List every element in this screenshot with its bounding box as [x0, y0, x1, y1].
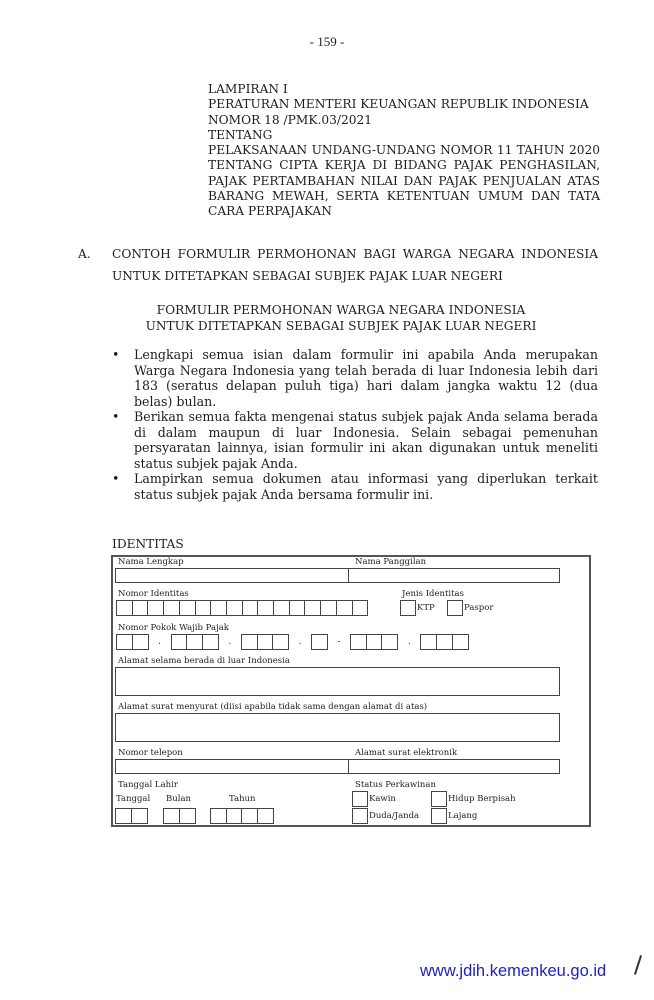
digit-box[interactable]: [210, 600, 227, 616]
page-number: - 159 -: [0, 34, 654, 50]
tanggal-label: Tanggal: [116, 794, 150, 804]
digit-box[interactable]: [210, 808, 227, 824]
regulation-header: LAMPIRAN I PERATURAN MENTERI KEUANGAN RE…: [208, 82, 600, 220]
instructions-list: •Lengkapi semua isian dalam formulir ini…: [112, 347, 598, 502]
header-line: PERATURAN MENTERI KEUANGAN REPUBLIK INDO…: [208, 97, 600, 112]
digit-box[interactable]: [226, 600, 243, 616]
digit-box[interactable]: [273, 600, 290, 616]
kawin-option[interactable]: Kawin: [352, 791, 396, 807]
section-title-line1: CONTOH FORMULIR PERMOHONAN BAGI WARGA NE…: [112, 243, 598, 265]
header-line: LAMPIRAN I: [208, 82, 600, 97]
alamat-luar-negeri-label: Alamat selama berada di luar Indonesia: [118, 656, 290, 666]
npwp-separator: .: [398, 634, 420, 650]
email-field[interactable]: [348, 759, 560, 774]
hidup-berpisah-checkbox[interactable]: [431, 791, 447, 807]
header-line: TENTANG CIPTA KERJA DI BIDANG PAJAK PENG…: [208, 158, 600, 173]
digit-box[interactable]: [241, 808, 258, 824]
digit-box[interactable]: [452, 634, 469, 650]
npwp-group[interactable]: [116, 634, 149, 650]
header-line: CARA PERPAJAKAN: [208, 204, 600, 219]
digit-box[interactable]: [336, 600, 353, 616]
digit-box[interactable]: [202, 634, 219, 650]
npwp-group[interactable]: [241, 634, 289, 650]
digit-box[interactable]: [241, 634, 258, 650]
digit-box[interactable]: [132, 600, 149, 616]
ktp-label: KTP: [417, 603, 435, 613]
npwp-separator: .: [289, 634, 311, 650]
digit-box[interactable]: [436, 634, 453, 650]
paspor-option[interactable]: Paspor: [447, 600, 493, 616]
digit-box[interactable]: [171, 634, 188, 650]
digit-box[interactable]: [242, 600, 259, 616]
digit-box[interactable]: [116, 634, 133, 650]
digit-box[interactable]: [179, 600, 196, 616]
tahun-label: Tahun: [229, 794, 256, 804]
digit-box[interactable]: [131, 808, 148, 824]
pen-mark: [634, 955, 642, 975]
hidup-berpisah-label: Hidup Berpisah: [448, 794, 516, 804]
ktp-option[interactable]: KTP: [400, 600, 435, 616]
digit-box[interactable]: [179, 808, 196, 824]
bulan-field[interactable]: [163, 808, 196, 824]
header-line: TENTANG: [208, 128, 600, 143]
paspor-checkbox[interactable]: [447, 600, 463, 616]
duda-janda-label: Duda/Janda: [369, 811, 419, 821]
instruction-item: •Lengkapi semua isian dalam formulir ini…: [112, 347, 598, 409]
digit-box[interactable]: [257, 600, 274, 616]
header-line: PELAKSANAAN UNDANG-UNDANG NOMOR 11 TAHUN…: [208, 143, 600, 158]
nama-lengkap-field[interactable]: [115, 568, 349, 583]
kawin-label: Kawin: [369, 794, 396, 804]
email-label: Alamat surat elektronik: [355, 748, 457, 758]
nama-lengkap-label: Nama Lengkap: [118, 557, 184, 567]
section-letter: A.: [78, 243, 91, 265]
npwp-label: Nomor Pokok Wajib Pajak: [118, 623, 229, 633]
instruction-text: Lengkapi semua isian dalam formulir ini …: [134, 347, 598, 409]
digit-box[interactable]: [320, 600, 337, 616]
header-line: NOMOR 18 /PMK.03/2021: [208, 113, 600, 128]
bullet-icon: •: [112, 409, 119, 425]
nama-panggilan-label: Nama Panggilan: [355, 557, 426, 567]
nomor-telepon-field[interactable]: [115, 759, 349, 774]
kawin-checkbox[interactable]: [352, 791, 368, 807]
header-line: PAJAK PERTAMBAHAN NILAI DAN PAJAK PENJUA…: [208, 174, 600, 189]
status-perkawinan-label: Status Perkawinan: [355, 780, 436, 790]
digit-box[interactable]: [195, 600, 212, 616]
alamat-surat-field[interactable]: [115, 713, 560, 742]
digit-box[interactable]: [350, 634, 367, 650]
jdih-website-link[interactable]: www.jdih.kemenkeu.go.id: [420, 962, 606, 981]
identitas-label: IDENTITAS: [112, 537, 184, 551]
lajang-option[interactable]: Lajang: [431, 808, 477, 824]
digit-box[interactable]: [132, 634, 149, 650]
nomor-identitas-label: Nomor Identitas: [118, 589, 189, 599]
bulan-label: Bulan: [166, 794, 191, 804]
digit-box[interactable]: [304, 600, 321, 616]
digit-box[interactable]: [366, 634, 383, 650]
npwp-separator: .: [219, 634, 241, 650]
duda-janda-option[interactable]: Duda/Janda: [352, 808, 419, 824]
lajang-label: Lajang: [448, 811, 477, 821]
digit-box[interactable]: [163, 808, 180, 824]
digit-box[interactable]: [163, 600, 180, 616]
digit-box[interactable]: [272, 634, 289, 650]
digit-box[interactable]: [147, 600, 164, 616]
npwp-group[interactable]: [350, 634, 398, 650]
duda-janda-checkbox[interactable]: [352, 808, 368, 824]
digit-box[interactable]: [311, 634, 328, 650]
npwp-separator: -: [328, 634, 350, 650]
instruction-text: Lampirkan semua dokumen atau informasi y…: [134, 471, 598, 502]
digit-box[interactable]: [115, 808, 132, 824]
lajang-checkbox[interactable]: [431, 808, 447, 824]
nomor-identitas-field[interactable]: [116, 600, 368, 616]
tahun-field[interactable]: [210, 808, 274, 824]
npwp-group[interactable]: [311, 634, 328, 650]
form-title: FORMULIR PERMOHONAN WARGA NEGARA INDONES…: [0, 303, 654, 334]
bullet-icon: •: [112, 471, 119, 487]
instruction-item: •Lampirkan semua dokumen atau informasi …: [112, 471, 598, 502]
bullet-icon: •: [112, 347, 119, 363]
digit-box[interactable]: [420, 634, 437, 650]
ktp-checkbox[interactable]: [400, 600, 416, 616]
hidup-berpisah-option[interactable]: Hidup Berpisah: [431, 791, 516, 807]
digit-box[interactable]: [257, 808, 274, 824]
digit-box[interactable]: [352, 600, 369, 616]
npwp-group[interactable]: [420, 634, 468, 650]
digit-box[interactable]: [381, 634, 398, 650]
section-title-line2: UNTUK DITETAPKAN SEBAGAI SUBJEK PAJAK LU…: [112, 265, 598, 287]
form-title-line1: FORMULIR PERMOHONAN WARGA NEGARA INDONES…: [28, 303, 654, 319]
jenis-identitas-label: Jenis Identitas: [402, 589, 464, 599]
npwp-field[interactable]: ...-.: [116, 634, 469, 650]
tanggal-lahir-label: Tanggal Lahir: [118, 780, 178, 790]
form-title-line2: UNTUK DITETAPKAN SEBAGAI SUBJEK PAJAK LU…: [28, 319, 654, 335]
digit-box[interactable]: [289, 600, 306, 616]
paspor-label: Paspor: [464, 603, 493, 613]
nama-panggilan-field[interactable]: [348, 568, 560, 583]
alamat-luar-negeri-field[interactable]: [115, 667, 560, 696]
tanggal-field[interactable]: [115, 808, 148, 824]
digit-box[interactable]: [257, 634, 274, 650]
digit-box[interactable]: [116, 600, 133, 616]
npwp-separator: .: [149, 634, 171, 650]
digit-box[interactable]: [226, 808, 243, 824]
header-line: BARANG MEWAH, SERTA KETENTUAN UMUM DAN T…: [208, 189, 600, 204]
nomor-telepon-label: Nomor telepon: [118, 748, 183, 758]
npwp-group[interactable]: [171, 634, 219, 650]
instruction-text: Berikan semua fakta mengenai status subj…: [134, 409, 598, 471]
digit-box[interactable]: [186, 634, 203, 650]
instruction-item: •Berikan semua fakta mengenai status sub…: [112, 409, 598, 471]
alamat-surat-label: Alamat surat menyurat (diisi apabila tid…: [118, 702, 427, 712]
